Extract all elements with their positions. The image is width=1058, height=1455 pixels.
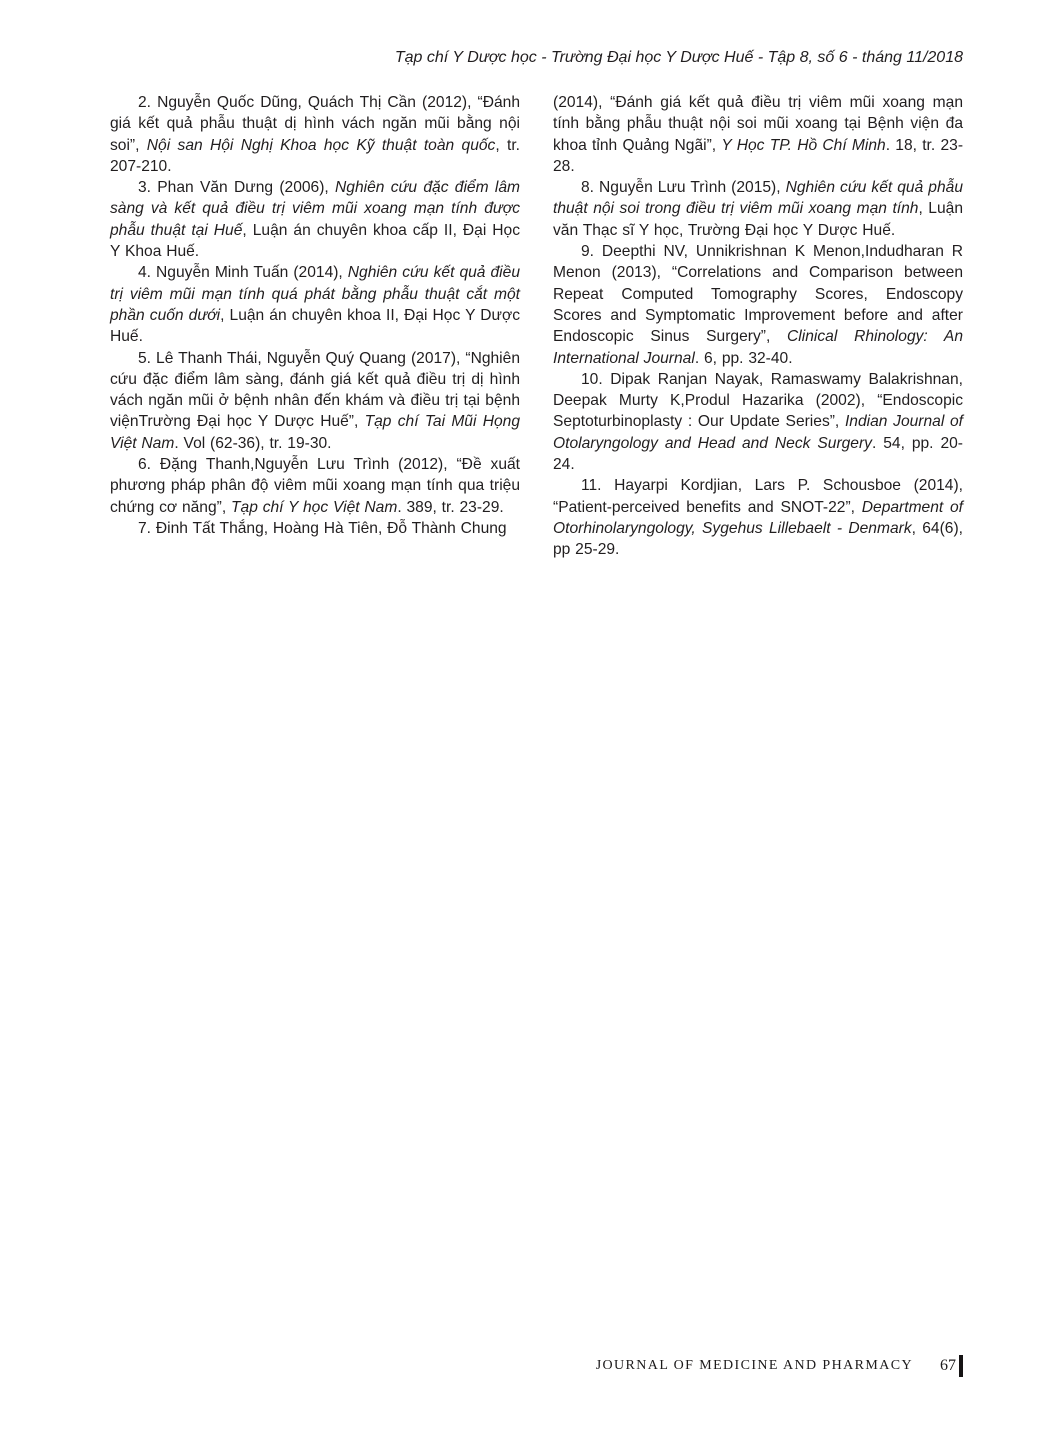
reference-item: (2014), “Đánh giá kết quả điều trị viêm … <box>553 92 963 177</box>
reference-item: 3. Phan Văn Dưng (2006), Nghiên cứu đặc … <box>110 177 520 262</box>
reference-text-segment: Y Học TP. Hồ Chí Minh <box>721 137 885 154</box>
reference-item: 7. Đinh Tất Thắng, Hoàng Hà Tiên, Đỗ Thà… <box>110 518 520 539</box>
reference-text-segment: . Vol (62-36), tr. 19-30. <box>174 435 331 452</box>
reference-text-segment: Tạp chí Y học Việt Nam <box>231 499 397 516</box>
reference-item: 6. Đặng Thanh,Nguyễn Lưu Trình (2012), “… <box>110 454 520 518</box>
reference-item: 10. Dipak Ranjan Nayak, Ramaswamy Balakr… <box>553 369 963 475</box>
reference-item: 5. Lê Thanh Thái, Nguyễn Quý Quang (2017… <box>110 348 520 454</box>
footer-bar <box>959 1355 963 1377</box>
footer-page-number: 67 <box>940 1357 956 1375</box>
reference-item: 4. Nguyễn Minh Tuấn (2014), Nghiên cứu k… <box>110 262 520 347</box>
reference-text-segment: 8. Nguyễn Lưu Trình (2015), <box>581 179 786 196</box>
reference-text-segment: 4. Nguyễn Minh Tuấn (2014), <box>138 264 348 281</box>
reference-text-segment: Nội san Hội Nghị Khoa học Kỹ thuật toàn … <box>147 137 496 154</box>
journal-page: Tạp chí Y Dược học - Trường Đại học Y Dư… <box>0 0 1058 1455</box>
references-column-left: 2. Nguyễn Quốc Dũng, Quách Thị Cần (2012… <box>110 92 520 561</box>
reference-item: 11. Hayarpi Kordjian, Lars P. Schousboe … <box>553 475 963 560</box>
reference-text-segment: 3. Phan Văn Dưng (2006), <box>138 179 335 196</box>
reference-text-segment: . 6, pp. 32-40. <box>695 350 793 367</box>
references-section: 2. Nguyễn Quốc Dũng, Quách Thị Cần (2012… <box>110 92 963 561</box>
reference-text-segment: . 389, tr. 23-29. <box>397 499 503 516</box>
reference-item: 9. Deepthi NV, Unnikrishnan K Menon,Indu… <box>553 241 963 369</box>
reference-item: 2. Nguyễn Quốc Dũng, Quách Thị Cần (2012… <box>110 92 520 177</box>
reference-item: 8. Nguyễn Lưu Trình (2015), Nghiên cứu k… <box>553 177 963 241</box>
references-column-right: (2014), “Đánh giá kết quả điều trị viêm … <box>553 92 963 561</box>
running-head: Tạp chí Y Dược học - Trường Đại học Y Dư… <box>395 49 963 67</box>
footer-journal-name: JOURNAL OF MEDICINE AND PHARMACY <box>596 1358 913 1374</box>
page-footer: JOURNAL OF MEDICINE AND PHARMACY 67 <box>596 1353 963 1379</box>
reference-text-segment: 7. Đinh Tất Thắng, Hoàng Hà Tiên, Đỗ Thà… <box>138 520 507 537</box>
